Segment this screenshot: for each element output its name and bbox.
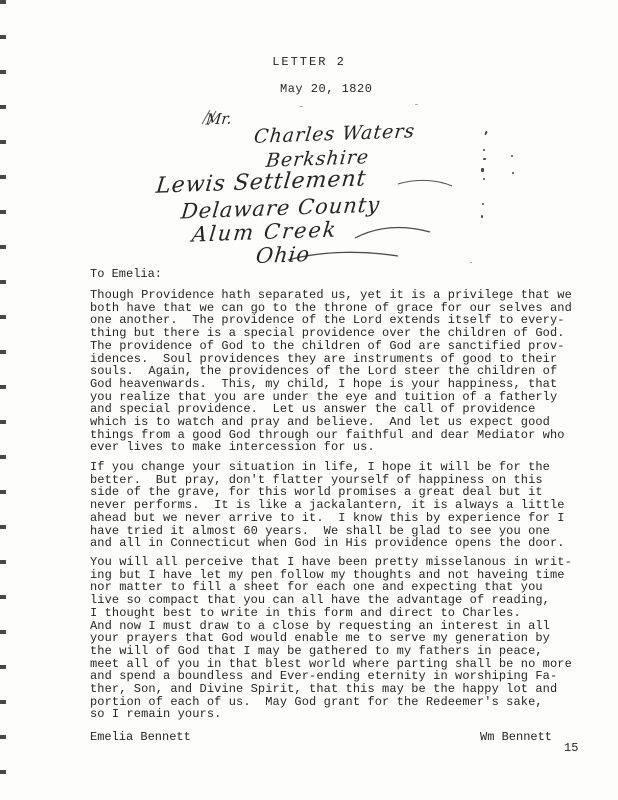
signature-emelia-bennett: Emelia Bennett [90,730,191,744]
paragraph-closing: You will all perceive that I have been p… [90,556,572,721]
scan-speck [483,149,485,151]
scan-edge-marks [0,0,6,788]
address-creek: Alum Creek [191,217,339,246]
letter-date: May 20, 1820 [280,82,372,96]
address-prefix: Mr. [205,110,233,129]
scan-speck [483,178,485,180]
paragraph-situation: If you change your situation in life, I … [90,461,565,550]
scan-speck [512,172,514,174]
scan-speck [483,158,486,160]
scanned-letter-page: LETTER 2 May 20, 1820 Mr. Charles Waters… [0,0,618,800]
page-number: 15 [564,741,578,755]
address-recipient: Charles Waters [253,120,416,148]
address-state: Ohio [255,242,312,268]
scan-speck [481,215,483,218]
scan-speck [481,168,484,172]
paragraph-providence: Though Providence hath separated us, yet… [90,289,572,454]
scan-speck [484,131,488,135]
scan-speck [511,155,513,157]
letter-title: LETTER 2 [0,55,618,69]
scan-speck [300,106,303,107]
signature-wm-bennett: Wm Bennett [480,730,552,744]
scan-speck [415,104,418,105]
scan-speck [482,203,484,205]
scan-speck [470,262,472,263]
salutation: To Emelia: [90,267,162,281]
